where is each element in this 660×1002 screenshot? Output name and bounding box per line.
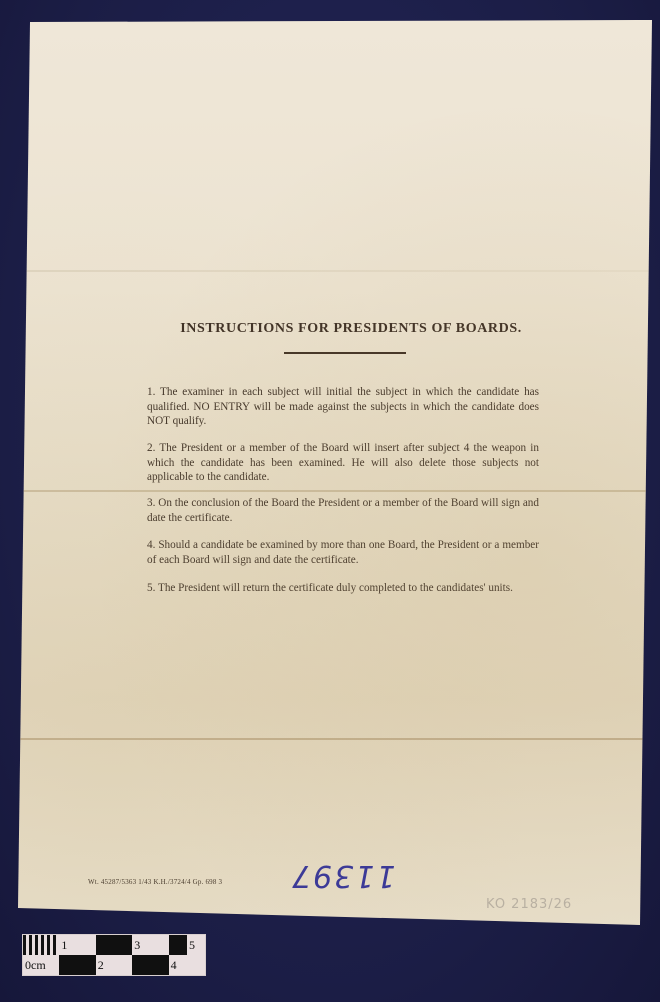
scale-cell: 5: [169, 935, 205, 955]
scale-cell: 1: [59, 935, 95, 955]
document-title: INSTRUCTIONS FOR PRESIDENTS OF BOARDS.: [171, 321, 531, 337]
scale-label-5: 5: [187, 935, 205, 955]
scale-cell: [132, 955, 168, 975]
scale-cell: 2: [96, 955, 132, 975]
pencil-reference: KO 2183/26: [486, 897, 572, 912]
handwritten-number: 11397: [290, 858, 395, 893]
scale-cell: 4: [169, 955, 205, 975]
scale-cell: [96, 935, 132, 955]
scale-bar: 1 3 5 0cm 2 4: [22, 934, 206, 976]
scale-cell: 0cm: [23, 955, 59, 975]
title-underline: [284, 352, 406, 354]
instruction-paragraph-1: 1. The examiner in each subject will ini…: [147, 385, 539, 429]
fold-crease: [18, 738, 652, 740]
instruction-paragraph-5: 5. The President will return the certifi…: [147, 581, 539, 596]
fold-crease: [18, 270, 652, 272]
document-sheet: INSTRUCTIONS FOR PRESIDENTS OF BOARDS. 1…: [18, 20, 652, 925]
instruction-paragraph-3: 3. On the conclusion of the Board the Pr…: [147, 496, 539, 525]
scale-ticks: [23, 935, 59, 955]
instruction-paragraph-2: 2. The President or a member of the Boar…: [147, 441, 539, 485]
scale-cell: 3: [132, 935, 168, 955]
fold-crease: [18, 490, 652, 492]
instruction-paragraph-4: 4. Should a candidate be examined by mor…: [147, 538, 539, 567]
scale-cell: [59, 955, 95, 975]
printer-code: Wt. 45287/5363 1/43 K.H./3724/4 Gp. 698 …: [88, 878, 222, 886]
